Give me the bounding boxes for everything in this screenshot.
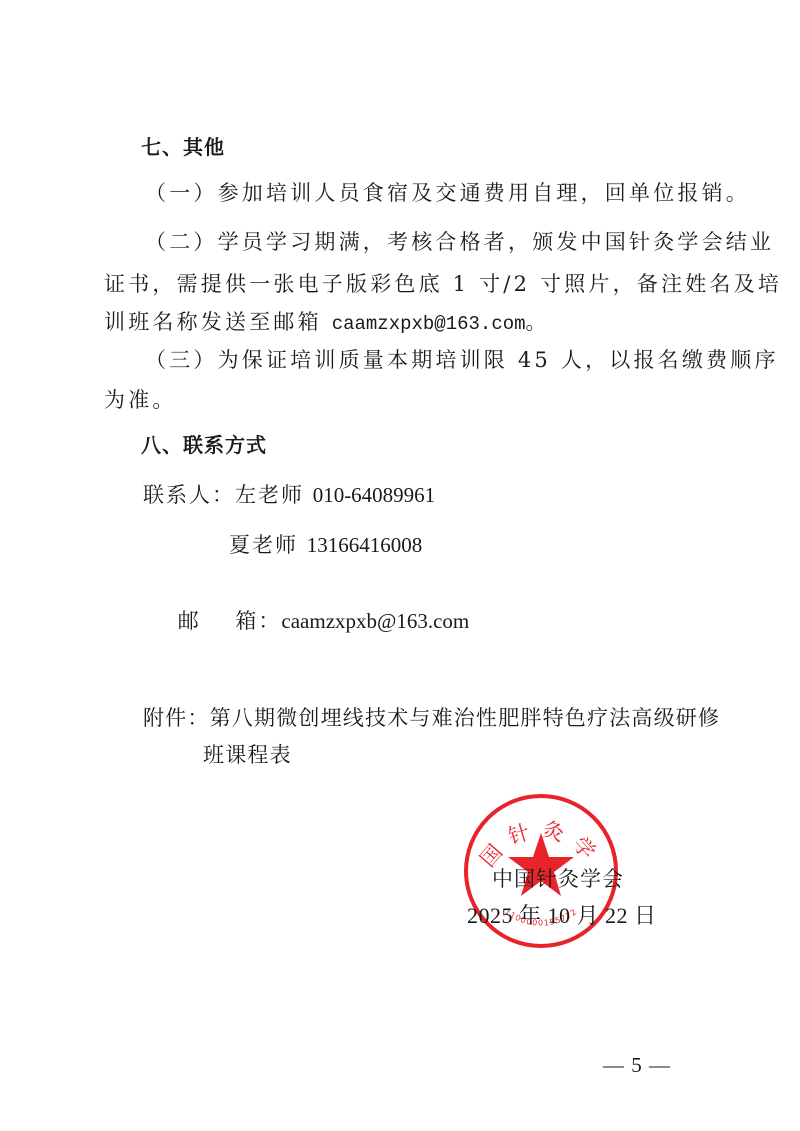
contact-row-2: 夏老师 13166416008 <box>229 532 422 558</box>
attachment-label: 附件： <box>143 706 210 730</box>
attachment-title: 第八期微创埋线技术与难治性肥胖特色疗法高级研修 <box>210 706 721 730</box>
paragraph-item-2-line-2: 证书，需提供一张电子版彩色底 1 寸/2 寸照片，备注姓名及培 <box>104 271 782 297</box>
section-heading-other: 七、其他 <box>141 134 225 160</box>
paragraph-item-2-line-3: 训班名称发送至邮箱 caamzxpxb@163.com。 <box>104 309 550 337</box>
paragraph-item-2-end: 。 <box>526 310 550 334</box>
paragraph-item-2-line-1: （二）学员学习期满，考核合格者，颁发中国针灸学会结业 <box>145 229 774 255</box>
paragraph-item-2-text: 训班名称发送至邮箱 <box>104 310 332 334</box>
section-heading-contact: 八、联系方式 <box>141 432 267 458</box>
paragraph-item-3-line-1: （三）为保证培训质量本期培训限 45 人，以报名缴费顺序 <box>145 347 779 373</box>
attachment-line-1: 附件：第八期微创埋线技术与难治性肥胖特色疗法高级研修 <box>143 705 720 731</box>
signature-organization: 中国针灸学会 <box>492 866 624 892</box>
attachment-line-2: 班课程表 <box>203 742 292 768</box>
page-number: — 5 — <box>603 1052 671 1078</box>
email-row: 邮 箱：caamzxpxb@163.com <box>143 582 469 660</box>
contact-2-phone: 13166416008 <box>307 533 423 557</box>
contact-1-name: 左老师 <box>235 483 313 507</box>
paragraph-item-3-line-2: 为准。 <box>104 387 177 413</box>
contact-label: 联系人： <box>143 483 235 507</box>
contact-1-phone: 010-64089961 <box>313 483 436 507</box>
email-link-text: caamzxpxb@163.com <box>332 313 526 335</box>
document-page: 七、其他 （一）参加培训人员食宿及交通费用自理，回单位报销。 （二）学员学习期满… <box>0 0 800 1131</box>
paragraph-item-1: （一）参加培训人员食宿及交通费用自理，回单位报销。 <box>145 180 750 206</box>
signature-date: 2025 年 10 月 22 日 <box>467 903 657 929</box>
contact-2-name: 夏老师 <box>229 533 307 557</box>
contact-row-1: 联系人：左老师 010-64089961 <box>143 482 435 508</box>
email-value: caamzxpxb@163.com <box>281 609 469 633</box>
email-label: 邮 箱： <box>178 609 282 633</box>
